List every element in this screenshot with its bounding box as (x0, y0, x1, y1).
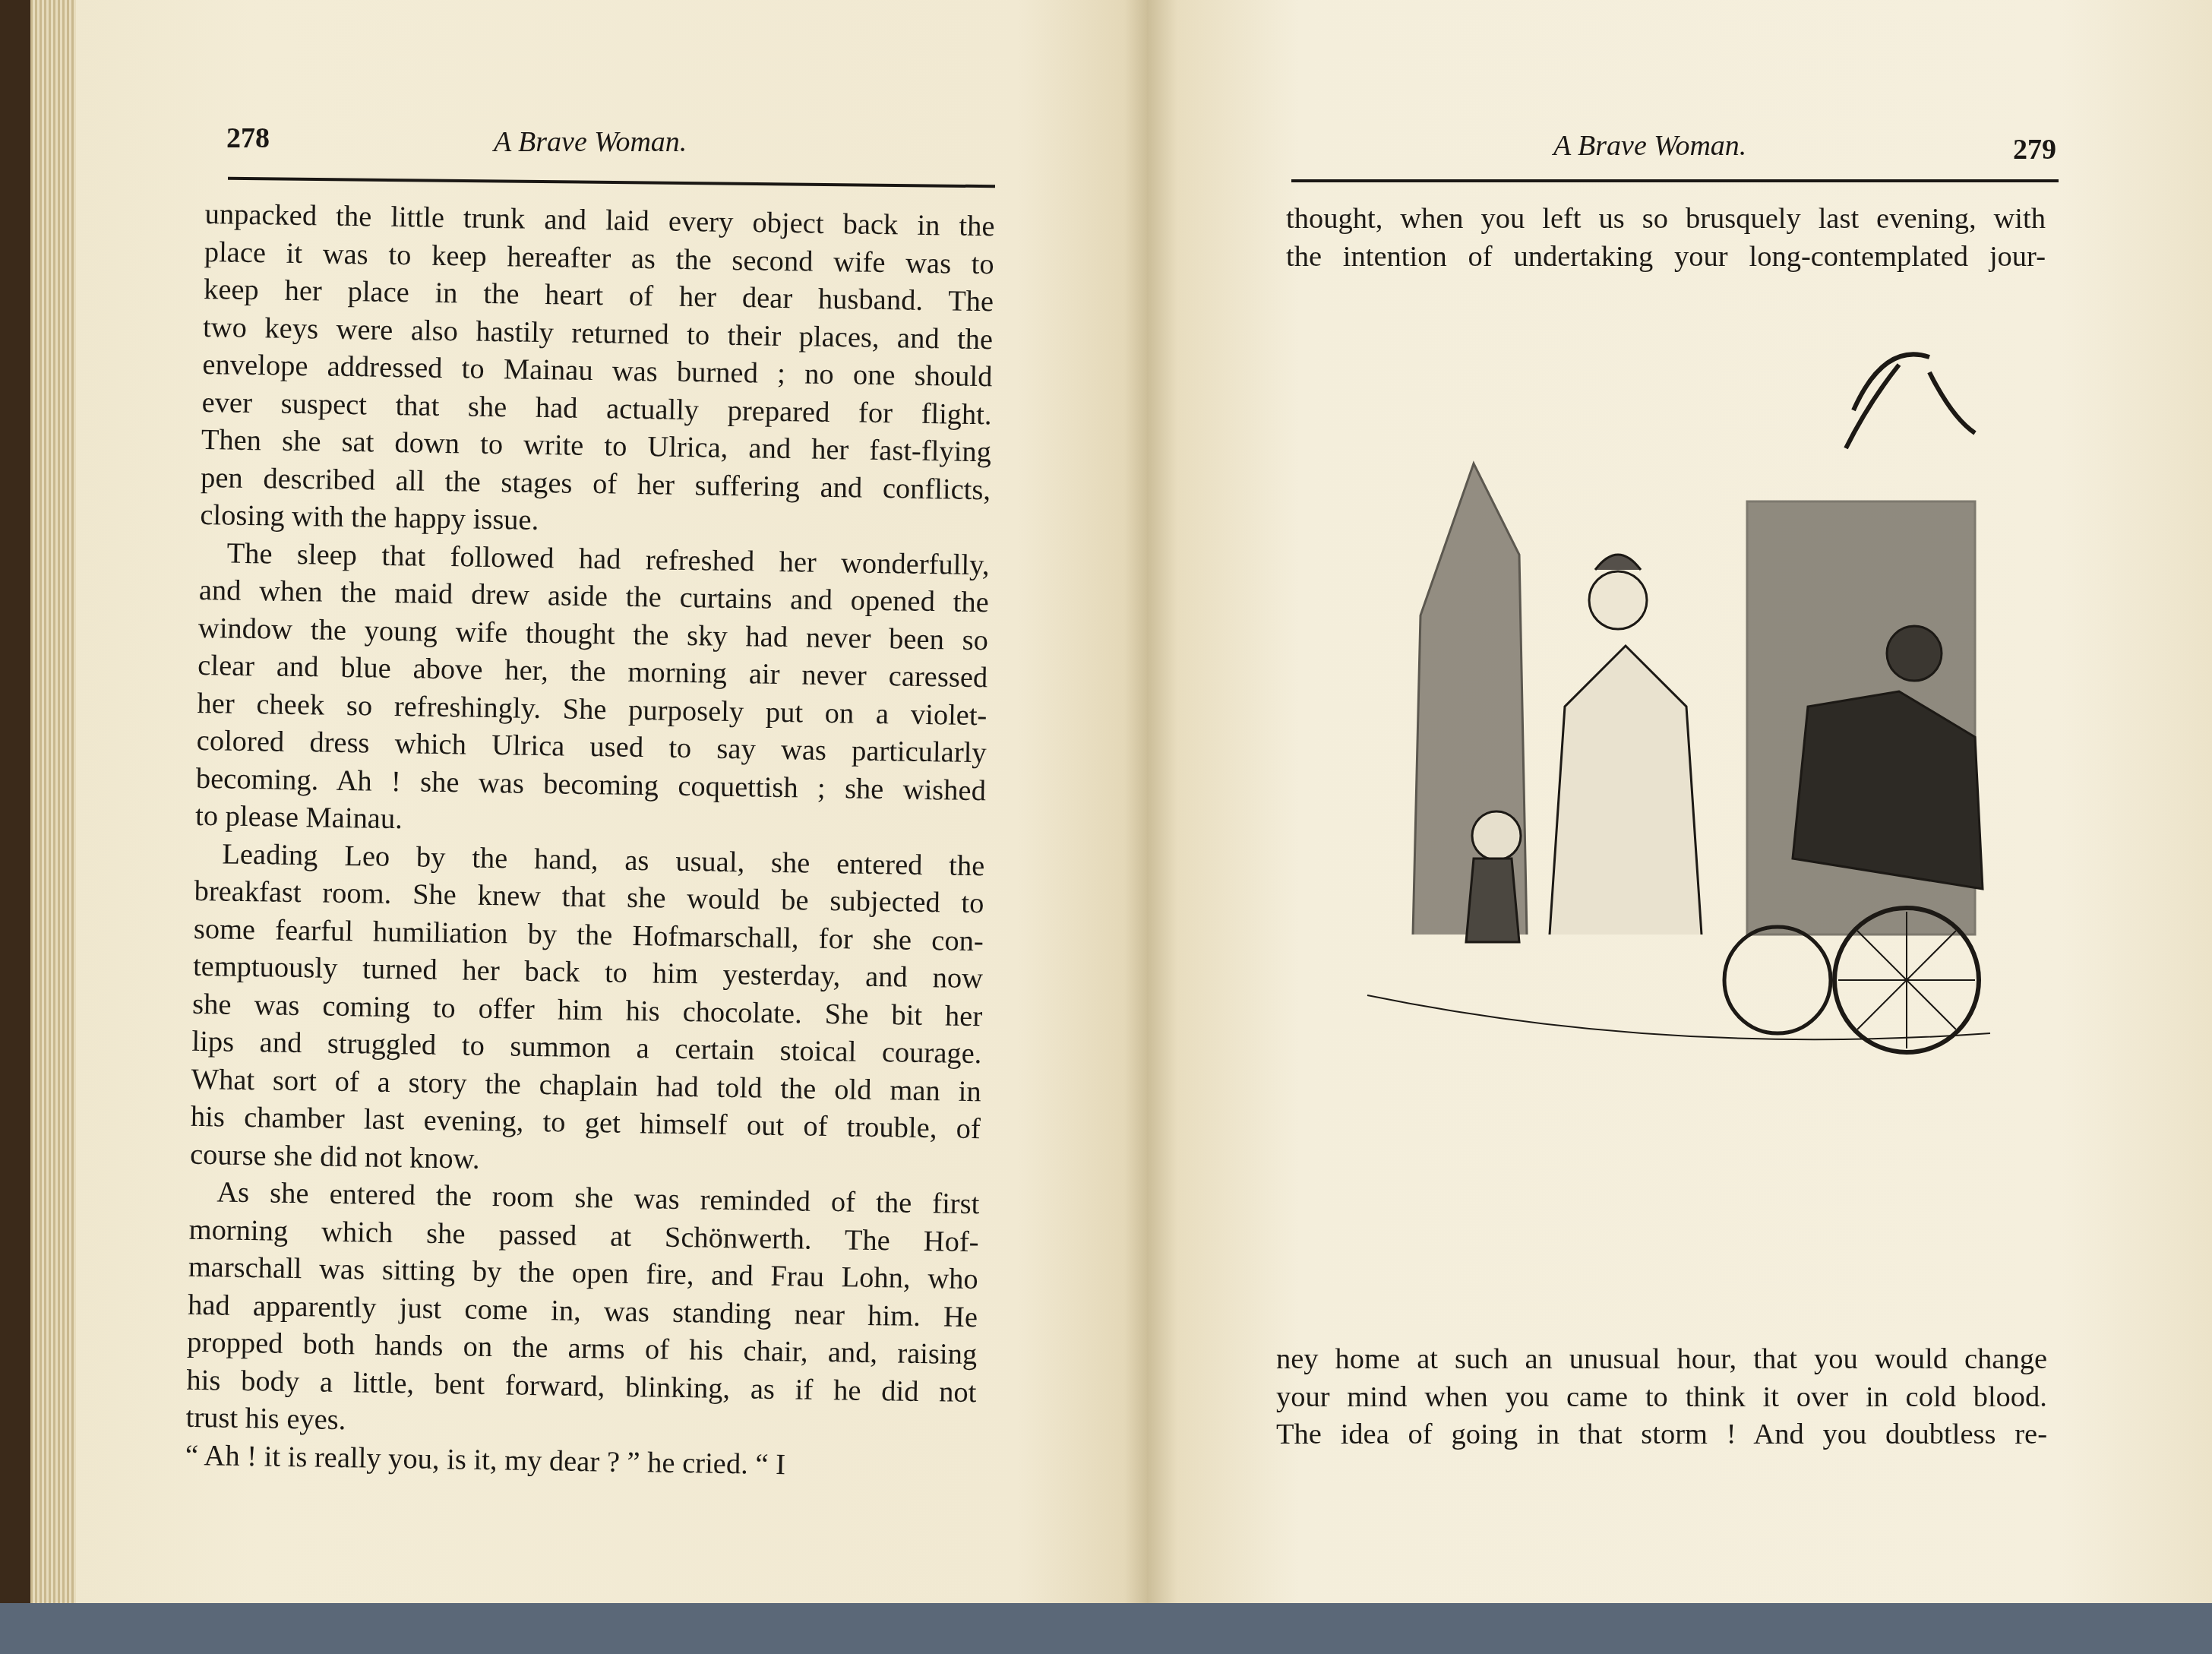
text-line: the intention of undertaking your long-c… (1286, 239, 2046, 277)
text-line: The idea of going in that storm ! And yo… (1276, 1416, 2047, 1454)
right-header-rule (1291, 179, 2059, 182)
text-line: your mind when you came to think it over… (1276, 1379, 2047, 1417)
right-page-number: 279 (2013, 133, 2056, 166)
right-body-text-bottom: ney home at such an unusual hour, that y… (1276, 1341, 2047, 1454)
background-surface (0, 1603, 2212, 1654)
left-body-text: unpacked the little trunk and laid every… (185, 196, 995, 1487)
page-edges (30, 0, 76, 1603)
right-body-text-top: thought, when you left us so brusquely l… (1286, 201, 2046, 276)
right-running-title: A Brave Woman. (1553, 129, 1746, 163)
left-running-title: A Brave Woman. (494, 125, 687, 159)
text-line: ney home at such an unusual hour, that y… (1276, 1341, 2047, 1379)
text-line: thought, when you left us so brusquely l… (1286, 201, 2046, 239)
left-page-number: 278 (226, 122, 270, 155)
engraving-illustration (1322, 312, 2005, 1299)
